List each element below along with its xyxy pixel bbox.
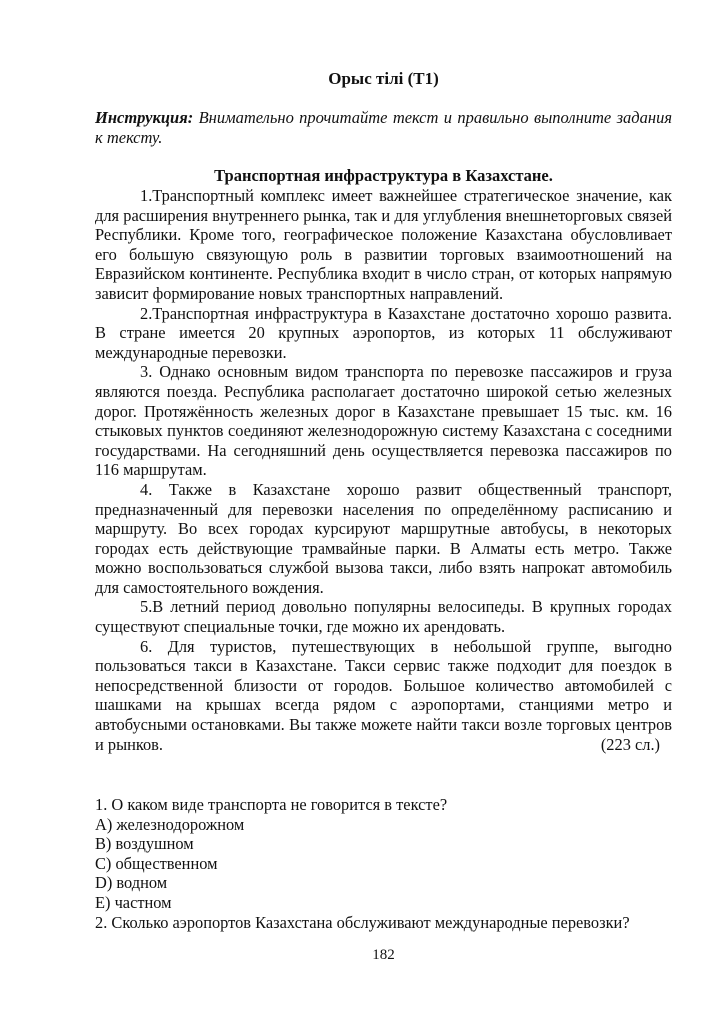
question-1-option-c: C) общественном <box>95 854 685 874</box>
reading-text: 1.Транспортный комплекс имеет важнейшее … <box>95 186 672 754</box>
question-1-option-a: A) железнодорожном <box>95 815 685 835</box>
paragraph-6: 6. Для туристов, путешествующих в неболь… <box>95 637 672 755</box>
question-1-option-e: E) частном <box>95 893 685 913</box>
question-1-option-b: B) воздушном <box>95 834 685 854</box>
word-count: (223 сл.) <box>601 735 660 755</box>
instruction-label: Инструкция: <box>95 108 193 127</box>
paragraph-3: 3. Однако основным видом транспорта по п… <box>95 362 672 480</box>
paragraph-4: 4. Также в Казахстане хорошо развит обще… <box>95 480 672 598</box>
question-1-option-d: D) водном <box>95 873 685 893</box>
paragraph-2: 2.Транспортная инфраструктура в Казахста… <box>95 304 672 363</box>
questions: 1. О каком виде транспорта не говорится … <box>95 795 685 932</box>
question-2: 2. Сколько аэропортов Казахстана обслужи… <box>95 913 685 933</box>
paragraph-6-text: 6. Для туристов, путешествующих в неболь… <box>95 637 672 754</box>
question-1: 1. О каком виде транспорта не говорится … <box>95 795 685 815</box>
paragraph-1: 1.Транспортный комплекс имеет важнейшее … <box>95 186 672 304</box>
document-title: Орыс тілі (Т1) <box>95 69 672 89</box>
paragraph-5: 5.В летний период довольно популярны вел… <box>95 597 672 636</box>
instruction: Инструкция: Внимательно прочитайте текст… <box>95 108 672 148</box>
page-number: 182 <box>95 946 672 964</box>
text-heading: Транспортная инфраструктура в Казахстане… <box>95 166 672 186</box>
